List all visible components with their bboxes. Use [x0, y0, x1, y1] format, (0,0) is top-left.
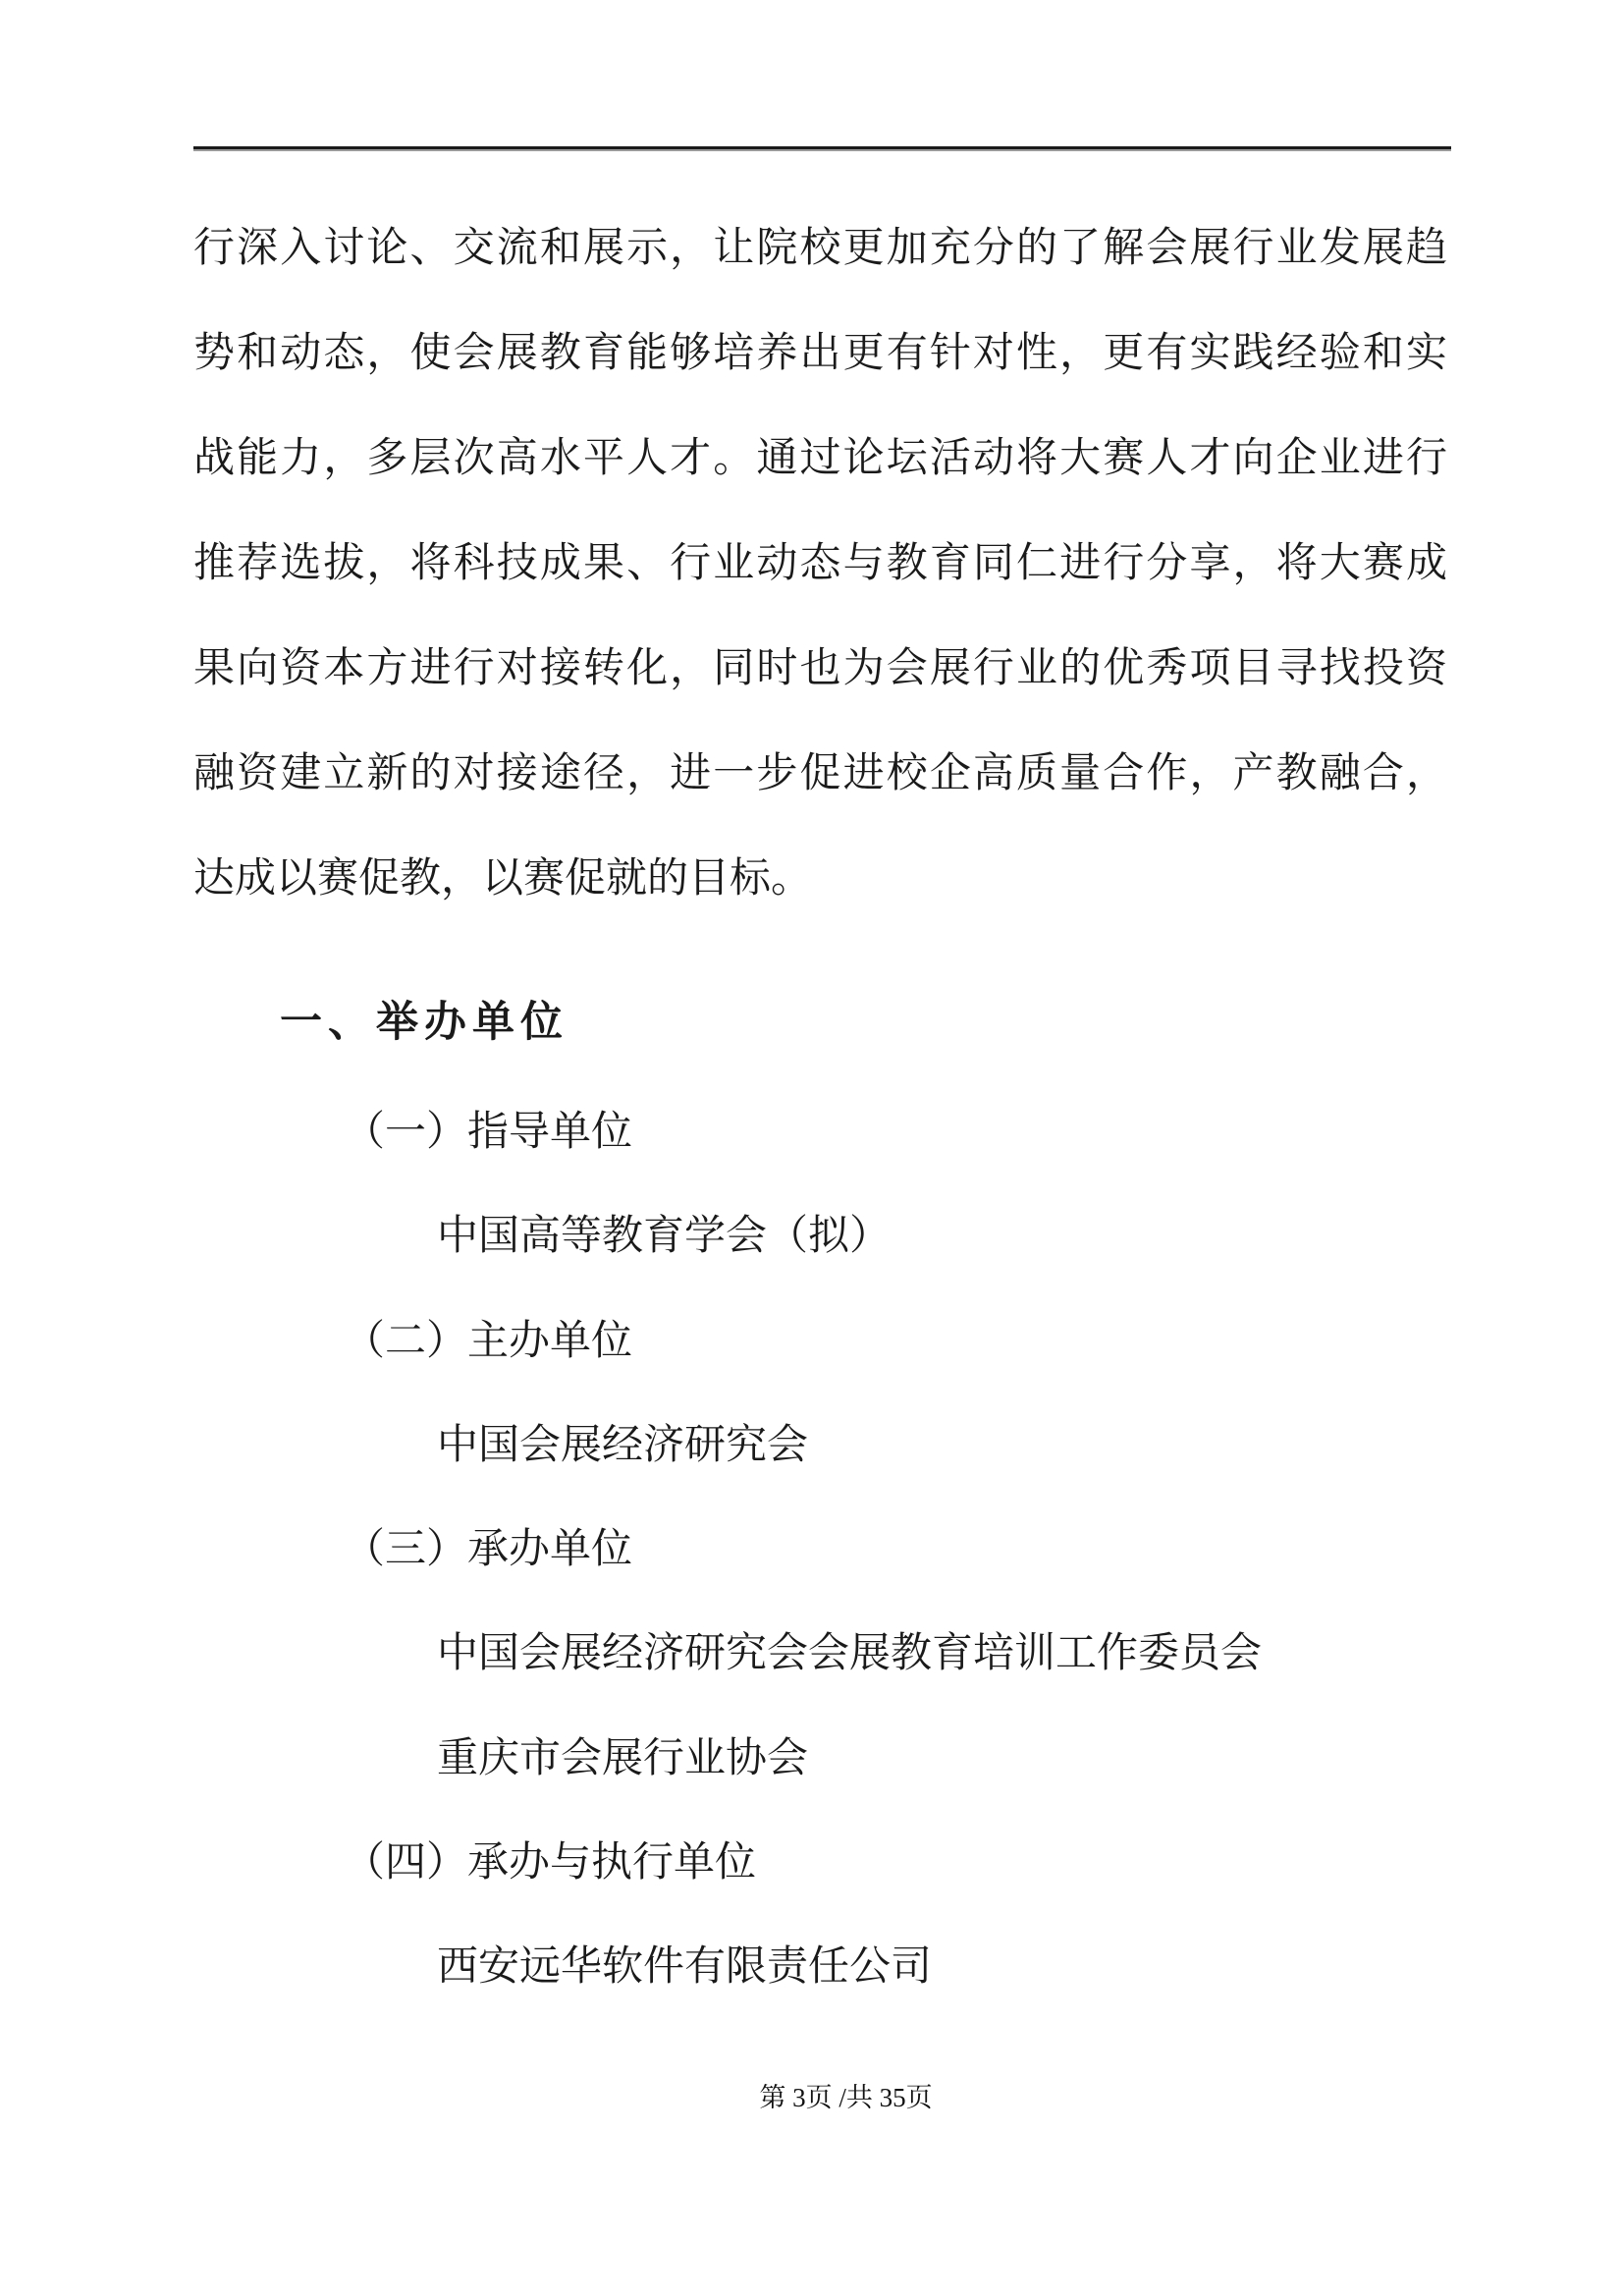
list-item: 中国会展经济研究会会展教育培训工作委员会: [193, 1602, 1470, 1706]
list-item: 重庆市会展行业协会: [193, 1707, 1470, 1811]
header-rule: [193, 146, 1451, 151]
list-item: 中国高等教育学会（拟）: [193, 1184, 1470, 1288]
paragraph-line: 融资建立新的对接途径，进一步促进校企高质量合作，产教融合，: [193, 722, 1447, 827]
list-item: （三）承办单位: [193, 1498, 1470, 1602]
body-paragraph: 行深入讨论、交流和展示，让院校更加充分的了解会展行业发展趋 势和动态，使会展教育…: [193, 196, 1447, 932]
list-item: （四）承办与执行单位: [193, 1811, 1470, 1915]
paragraph-line: 战能力，多层次高水平人才。通过论坛活动将大赛人才向企业进行: [193, 407, 1447, 512]
list-item: 中国会展经济研究会: [193, 1394, 1470, 1498]
list-item: 西安远华软件有限责任公司: [193, 1915, 1470, 2019]
paragraph-line: 达成以赛促教，以赛促就的目标。: [193, 827, 1447, 932]
page-number-footer: 第 3页 /共 35页: [69, 2083, 1623, 2113]
paragraph-line: 行深入讨论、交流和展示，让院校更加充分的了解会展行业发展趋: [193, 196, 1447, 301]
section-heading: 一、举办单位: [280, 970, 568, 1075]
organizer-list: （一）指导单位 中国高等教育学会（拟） （二）主办单位 中国会展经济研究会 （三…: [193, 1080, 1470, 2020]
document-page: 行深入讨论、交流和展示，让院校更加充分的了解会展行业发展趋 势和动态，使会展教育…: [0, 0, 1623, 2296]
paragraph-line: 势和动态，使会展教育能够培养出更有针对性，更有实践经验和实: [193, 301, 1447, 407]
list-item: （一）指导单位: [193, 1080, 1470, 1184]
paragraph-line: 推荐选拔，将科技成果、行业动态与教育同仁进行分享，将大赛成: [193, 512, 1447, 617]
list-item: （二）主办单位: [193, 1289, 1470, 1394]
paragraph-line: 果向资本方进行对接转化，同时也为会展行业的优秀项目寻找投资: [193, 617, 1447, 722]
